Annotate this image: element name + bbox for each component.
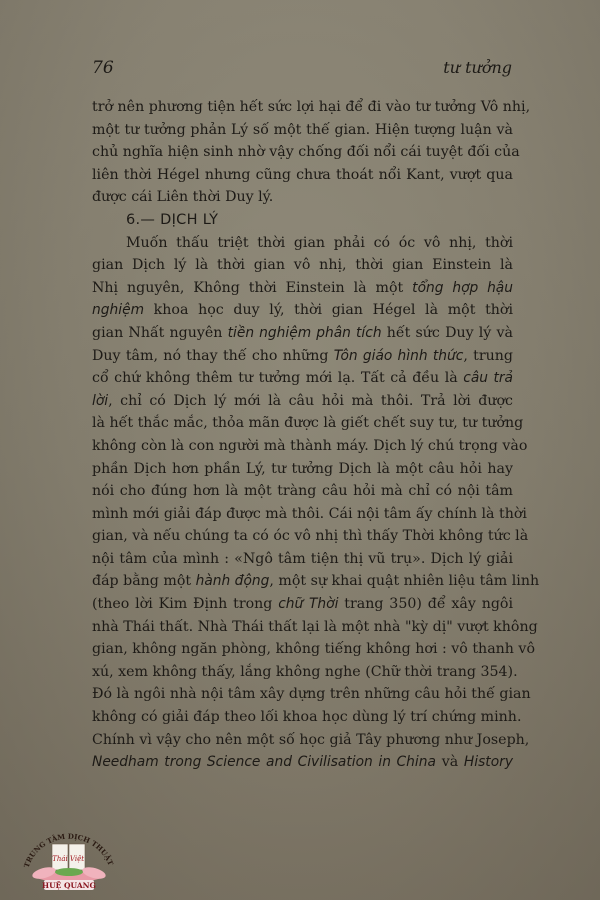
italic-term: nghiệm [92,302,144,318]
italic-term: tiền nghiệm phân tích [228,325,382,341]
text-line: xú, xem không thấy, lắng không nghe (Chữ… [92,661,513,684]
text-line: Muốn thấu triệt thời gian phải có óc vô … [92,232,513,255]
text-line: không có giải đáp theo lối khoa học dùng… [92,706,513,729]
italic-term: tổng hợp hậu [412,280,513,296]
text-run: , trung [463,348,513,364]
text-line: chủ nghĩa hiện sinh nhờ vậy chống đối nổ… [92,141,513,164]
text-line: nhà Thái thất. Nhà Thái thất lại là một … [92,616,513,639]
svg-text:Việt: Việt [70,855,84,863]
scanned-book-page: 76 tư tưởng trở nên phương tiện hết sức … [0,0,600,900]
text-line: không còn là con người mà thành máy. Dịc… [92,435,513,458]
italic-term: Tôn giáo hình thức [334,348,464,364]
svg-text:Thái: Thái [52,855,68,863]
text-run: (theo lời Kim Định trong [92,596,278,612]
text-line: gian, không ngăn phòng, không tiếng khôn… [92,638,513,661]
italic-term: câu trả [463,370,513,386]
text-run: cổ chứ không thêm tư tưởng mới lạ. Tất c… [92,370,463,386]
lotus-book-logo-icon: TRUNG TÂM DỊCH THUẬT HÁN NÔM Thái Việt H… [14,818,124,898]
text-line: (theo lời Kim Định trong chữ Thời trang … [92,593,513,616]
text-line: nghiệm khoa học duy lý, thời gian Hégel … [92,299,513,322]
text-line: gian Nhất nguyên tiền nghiệm phân tích h… [92,322,513,345]
running-title: tư tưởng [443,58,512,77]
text-line: nói cho đúng hơn là một tràng câu hỏi mà… [92,480,513,503]
text-line: gian Dịch lý là thời gian vô nhị, thời g… [92,254,513,277]
text-run: hết sức Duy lý và [382,325,513,341]
text-run: Nhị nguyên, Không thời Einstein là một [92,280,412,296]
text-line: là hết thắc mắc, thỏa mãn được là giết c… [92,412,513,435]
text-line: liên thời Hégel nhưng cũng chưa thoát nổ… [92,164,513,187]
text-line: cổ chứ không thêm tư tưởng mới lạ. Tất c… [92,367,513,390]
text-run: , một sự khai quật nhiên liệu tâm linh [269,573,539,589]
text-line: nội tâm của mình : «Ngô tâm tiện thị vũ … [92,548,513,571]
text-line: lời, chỉ có Dịch lý mới là câu hỏi mà th… [92,390,513,413]
text-line: Needham trong Science and Civilisation i… [92,751,513,774]
text-line: một tư tưởng phản Lý số một thế gian. Hi… [92,119,513,142]
text-run: Duy tâm, nó thay thế cho những [92,348,334,364]
watermark-logo: TRUNG TÂM DỊCH THUẬT HÁN NÔM Thái Việt H… [14,818,124,898]
text-run: khoa học duy lý, thời gian Hégel là một … [144,302,513,318]
text-line: được cái Liên thời Duy lý. [92,186,513,209]
text-line: phần Dịch hơn phần Lý, tư tưởng Dịch là … [92,458,513,481]
page-header: 76 tư tưởng [92,58,512,82]
italic-term: lời [92,393,108,409]
text-line: gian, và nếu chúng ta có óc vô nhị thì t… [92,525,513,548]
text-line: mình mới giải đáp được mà thôi. Cái nội … [92,503,513,526]
italic-term: hành động [196,573,270,589]
page-number: 76 [92,58,114,78]
text-run: trang 350) để xây ngôi [338,596,513,612]
italic-term: Needham trong Science and Civilisation i… [92,754,436,770]
text-run: và [436,754,464,770]
text-run: đáp bằng một [92,573,196,589]
text-line: Đó là ngôi nhà nội tâm xây dựng trên nhữ… [92,683,513,706]
italic-term: History [464,754,513,770]
section-heading: 6.— DỊCH LÝ [92,209,513,232]
text-run: , chỉ có Dịch lý mới là câu hỏi mà thôi.… [108,393,513,409]
text-line: Duy tâm, nó thay thế cho những Tôn giáo … [92,345,513,368]
text-line: trở nên phương tiện hết sức lợi hại để đ… [92,96,513,119]
italic-term: chữ Thời [278,596,338,612]
text-line: Nhị nguyên, Không thời Einstein là một t… [92,277,513,300]
text-run: gian Nhất nguyên [92,325,228,341]
watermark-name: HUỆ QUANG [42,881,96,890]
body-text: trở nên phương tiện hết sức lợi hại để đ… [92,96,513,774]
text-line: đáp bằng một hành động, một sự khai quật… [92,570,513,593]
text-line: Chính vì vậy cho nên một số học giả Tây … [92,729,513,752]
